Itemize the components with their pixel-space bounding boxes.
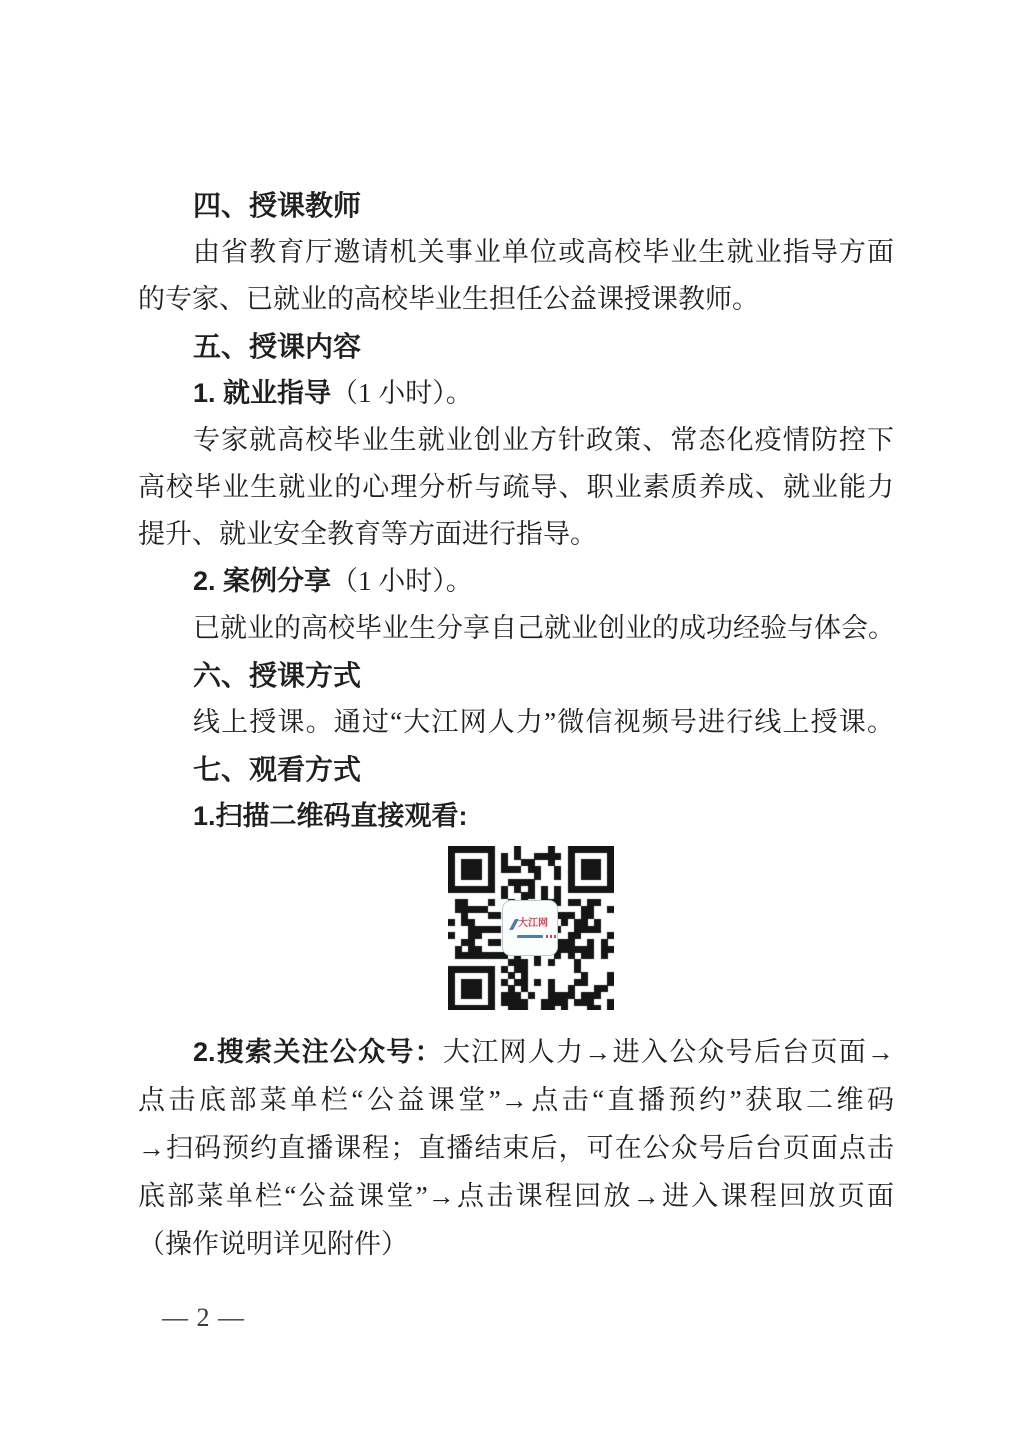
heading-section-4: 四、授课教师 bbox=[138, 182, 894, 229]
item-2-case-sharing: 2. 案例分享（1 小时）。 bbox=[138, 558, 894, 605]
logo-subtext-bar bbox=[517, 935, 543, 938]
qr-code: 大江网 bbox=[448, 846, 614, 1010]
document-tail: 2.搜索关注公众号：大江网人力→进入公众号后台页面→点击底部菜单栏“公益课堂”→… bbox=[138, 1028, 894, 1268]
para-guidance-line-1: 专家就高校毕业生就业创业方针政策、常态化疫情防控下 bbox=[138, 417, 894, 464]
para-teachers-line-1: 由省教育厅邀请机关事业单位或高校毕业生就业指导方面 bbox=[138, 229, 894, 276]
qr-center-logo: 大江网 bbox=[502, 900, 558, 956]
text-segment: 提升、就业安全教育等方面进行指导。 bbox=[138, 519, 597, 549]
para-follow-account-line-2: 点击底部菜单栏“公益课堂”→点击“直播预约”获取二维码 bbox=[138, 1076, 894, 1124]
text-segment: 五、授课内容 bbox=[193, 331, 361, 362]
heading-section-7: 七、观看方式 bbox=[138, 746, 894, 793]
heading-section-6: 六、授课方式 bbox=[138, 652, 894, 699]
text-segment: 底部菜单栏“公益课堂”→点击课程回放→进入课程回放页面 bbox=[138, 1181, 894, 1211]
item-1-employment-guidance: 1. 就业指导（1 小时）。 bbox=[138, 370, 894, 417]
para-online-teaching: 线上授课。通过“大江网人力”微信视频号进行线上授课。 bbox=[138, 699, 894, 746]
para-guidance-line-3: 提升、就业安全教育等方面进行指导。 bbox=[138, 511, 894, 558]
para-follow-account-line-4: 底部菜单栏“公益课堂”→点击课程回放→进入课程回放页面 bbox=[138, 1172, 894, 1220]
document-body: 四、授课教师由省教育厅邀请机关事业单位或高校毕业生就业指导方面的专家、已就业的高… bbox=[138, 182, 894, 840]
text-segment: 2. 案例分享 bbox=[193, 566, 331, 596]
logo-text: 大江网 bbox=[518, 918, 548, 930]
text-segment: 专家就高校毕业生就业创业方针政策、常态化疫情防控下 bbox=[193, 425, 894, 455]
text-segment: 大江网人力→进入公众号后台页面→ bbox=[443, 1037, 894, 1067]
document-page: 四、授课教师由省教育厅邀请机关事业单位或高校毕业生就业指导方面的专家、已就业的高… bbox=[0, 0, 1024, 1448]
para-attachment-note: （操作说明详见附件） bbox=[138, 1220, 894, 1268]
text-segment: 七、观看方式 bbox=[193, 754, 361, 785]
text-segment: 由省教育厅邀请机关事业单位或高校毕业生就业指导方面 bbox=[193, 237, 894, 267]
text-segment: 六、授课方式 bbox=[193, 660, 361, 691]
para-teachers-line-2: 的专家、已就业的高校毕业生担任公益课授课教师。 bbox=[138, 276, 894, 323]
text-segment: （1 小时）。 bbox=[331, 566, 473, 596]
text-segment: 已就业的高校毕业生分享自己就业创业的成功经验与体会。 bbox=[193, 613, 895, 643]
text-segment: 1.扫描二维码直接观看: bbox=[193, 801, 468, 831]
text-segment: 1. 就业指导 bbox=[193, 378, 331, 408]
text-segment: 线上授课。通过“大江网人力”微信视频号进行线上授课。 bbox=[193, 707, 894, 737]
heading-section-5: 五、授课内容 bbox=[138, 323, 894, 370]
text-segment: 高校毕业生就业的心理分析与疏导、职业素质养成、就业能力 bbox=[138, 472, 894, 502]
qr-logo-row: 大江网 bbox=[512, 918, 548, 930]
text-segment: 四、授课教师 bbox=[193, 190, 361, 221]
para-follow-account-line-3: →扫码预约直播课程；直播结束后，可在公众号后台页面点击 bbox=[138, 1124, 894, 1172]
text-segment: （1 小时）。 bbox=[331, 378, 473, 408]
subheading-scan-qr: 1.扫描二维码直接观看: bbox=[138, 793, 894, 840]
para-guidance-line-2: 高校毕业生就业的心理分析与疏导、职业素质养成、就业能力 bbox=[138, 464, 894, 511]
text-segment: 2.搜索关注公众号： bbox=[193, 1037, 443, 1067]
page-number: — 2 — bbox=[162, 1303, 245, 1333]
para-case-sharing: 已就业的高校毕业生分享自己就业创业的成功经验与体会。 bbox=[138, 605, 894, 652]
text-segment: 点击底部菜单栏“公益课堂”→点击“直播预约”获取二维码 bbox=[138, 1085, 894, 1115]
para-follow-account-line-1: 2.搜索关注公众号：大江网人力→进入公众号后台页面→ bbox=[138, 1028, 894, 1076]
text-segment: →扫码预约直播课程；直播结束后，可在公众号后台页面点击 bbox=[138, 1133, 894, 1163]
text-segment: 的专家、已就业的高校毕业生担任公益课授课教师。 bbox=[138, 284, 759, 314]
text-segment: （操作说明详见附件） bbox=[138, 1229, 408, 1259]
document-content: 四、授课教师由省教育厅邀请机关事业单位或高校毕业生就业指导方面的专家、已就业的高… bbox=[138, 182, 894, 1268]
